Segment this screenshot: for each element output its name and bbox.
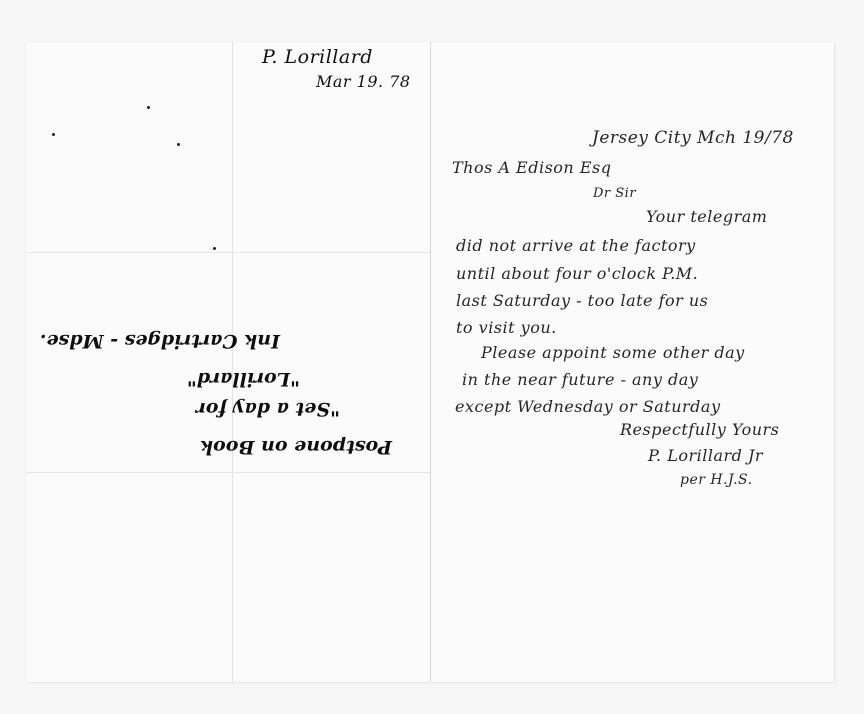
upper-fold-line (26, 252, 430, 253)
letter-signature-note: per H.J.S. (680, 472, 753, 488)
endorsement-line: "Set a day for (196, 398, 340, 420)
center-fold-line (430, 42, 431, 682)
docket-name: P. Lorillard (262, 46, 373, 68)
letter-body-line: except Wednesday or Saturday (455, 397, 721, 416)
pin-hole-mark (213, 247, 216, 250)
pin-hole-mark (147, 106, 150, 109)
letter-place-date: Jersey City Mch 19/78 (592, 128, 794, 148)
letter-body-line: to visit you. (456, 318, 557, 337)
letter-body-line: did not arrive at the factory (456, 236, 696, 255)
endorsement-line: Ink Cartridges - Mdse. (40, 330, 280, 352)
letter-body-line: Your telegram (646, 207, 767, 226)
letter-body-line: in the near future - any day (462, 370, 698, 389)
letter-signature: P. Lorillard Jr (648, 446, 763, 465)
letter-salutation: Dr Sir (593, 186, 636, 201)
letter-body-line: until about four o'clock P.M. (456, 264, 698, 283)
endorsement-line: "Lorillard" (187, 368, 300, 390)
letter-addressee: Thos A Edison Esq (452, 158, 611, 177)
docket-date: Mar 19. 78 (316, 72, 411, 91)
lower-fold-line (26, 472, 430, 473)
pin-hole-mark (177, 143, 180, 146)
pin-hole-mark (52, 133, 55, 136)
rotated-endorsement: Postpone on Book "Set a day for "Lorilla… (40, 320, 400, 460)
letter-body-line: Please appoint some other day (481, 343, 745, 362)
letter-closing: Respectfully Yours (620, 420, 779, 439)
letter-body-line: last Saturday - too late for us (456, 291, 708, 310)
endorsement-line: Postpone on Book (200, 436, 392, 458)
